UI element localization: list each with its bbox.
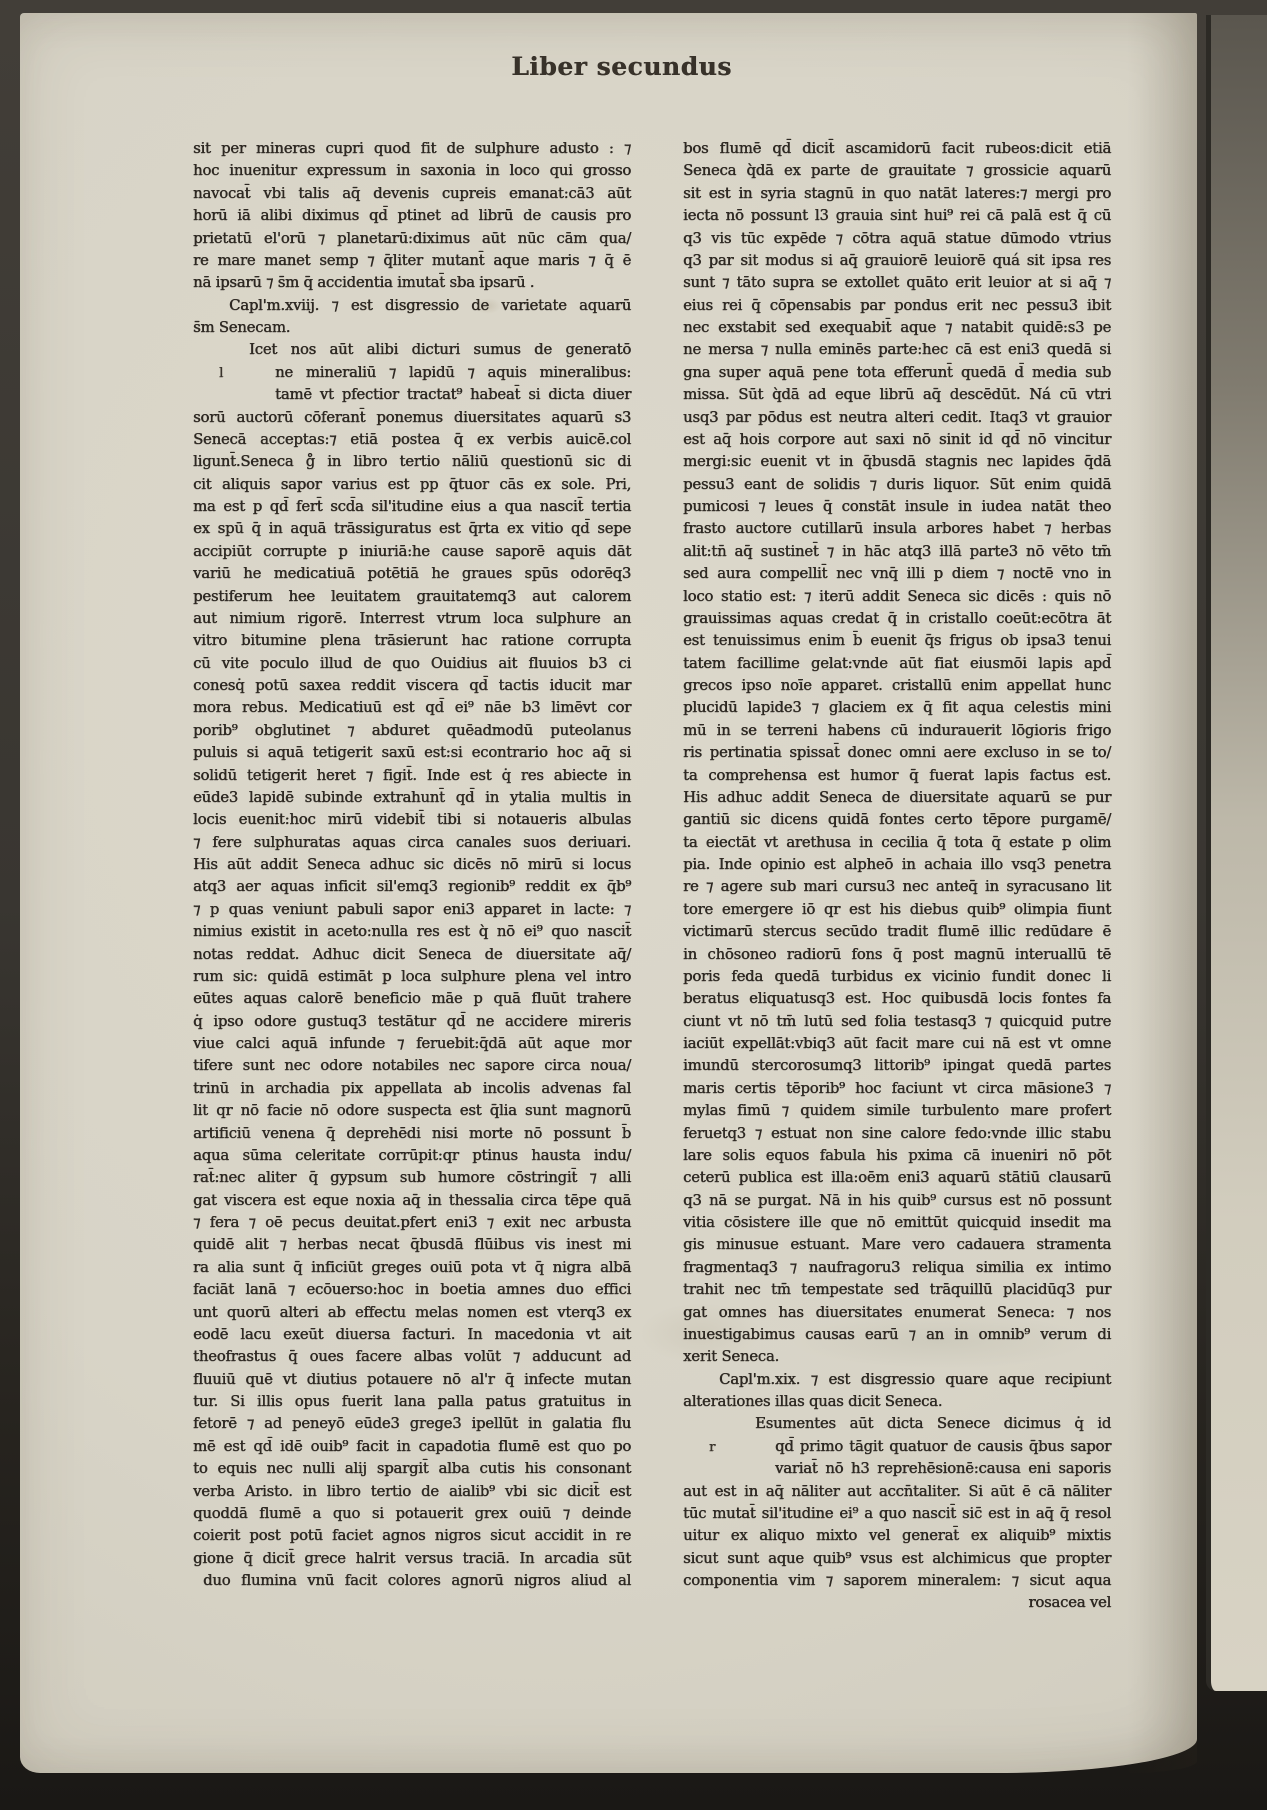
- line-text: quidē alit ⁊ herbas necat q̄busdā flūibu…: [193, 1236, 631, 1253]
- text-line: theofrastus q̄ oues facere albas volūt ⁊…: [193, 1346, 631, 1368]
- text-line: puluis si aquā tetigerit saxū est:si eco…: [193, 742, 631, 764]
- text-line: alterationes illas quas dicit Seneca.: [683, 1391, 1111, 1413]
- text-line: lit qr nō facie nō odore suspecta est q̄…: [193, 1100, 631, 1122]
- text-line: gis minusue estuant. Mare vero cadauera …: [683, 1234, 1111, 1256]
- text-line: grauissimas aquas credat q̄ in cristallo…: [683, 608, 1111, 630]
- text-line: ⁊ fera ⁊ oē pecus deuitat.pfert eni3 ⁊ e…: [193, 1212, 631, 1234]
- text-line: aqua sūma celeritate corrūpit:qr ptinus …: [193, 1145, 631, 1167]
- line-text: variū he medicatiuā potētiā he graues sp…: [193, 565, 631, 582]
- text-line: re mare manet semp ⁊ q̄liter mutant̄ aqu…: [193, 250, 631, 272]
- line-text: rosacea vel: [1028, 1594, 1111, 1611]
- text-line: tifere sunt nec odore notabiles nec sapo…: [193, 1055, 631, 1077]
- line-text: grauissimas aquas credat q̄ in cristallo…: [683, 610, 1111, 627]
- text-line: ma est p qd̄ fert̄ scd̄a sil'itudine eiu…: [193, 496, 631, 518]
- text-line: missa. Sūt q̀dā ad eque librū aq̄ descēd…: [683, 384, 1111, 406]
- line-text: ⁊ fere sulphuratas aquas circa canales s…: [193, 834, 631, 851]
- text-line: eūde3 lapidē subinde extrahunt̄ qd̄ in y…: [193, 787, 631, 809]
- line-text: poris feda quedā turbidus ex vicinio fun…: [683, 968, 1111, 985]
- line-text: tifere sunt nec odore notabiles nec sapo…: [193, 1057, 631, 1074]
- line-text: viue calci aquā infunde ⁊ feruebit:q̄dā …: [193, 1035, 631, 1052]
- text-column-left: sit per mineras cupri quod fit de sulphu…: [193, 138, 631, 1592]
- line-text: coierit post potū faciet agnos nigros si…: [193, 1527, 631, 1544]
- line-text: nā ipsarū ⁊ s̄m q̄ accidentia imutat̄ sb…: [193, 274, 534, 291]
- text-line: vitia cōsistere ille que nō emittūt quic…: [683, 1212, 1111, 1234]
- text-line: cū vite poculo illud de quo Ouidius ait …: [193, 653, 631, 675]
- line-text: verba Aristo. in libro tertio de aialib⁹…: [193, 1483, 631, 1500]
- text-line: lne mineraliū ⁊ lapidū ⁊ aquis mineralib…: [193, 362, 631, 384]
- text-line: sit est in syria stagnū in quo natāt lat…: [683, 183, 1111, 205]
- line-text: prietatū el'orū ⁊ planetarū:diximus aūt …: [193, 230, 631, 247]
- line-text: in chōsoneo radiorū fons q̄ post magnū i…: [683, 946, 1111, 963]
- line-text: solidū tetigerit heret ⁊ figit̄. Inde es…: [193, 767, 631, 784]
- line-text: nec exstabit sed exequabit̄ aque ⁊ natab…: [683, 319, 1111, 336]
- text-line: frasto auctore cutillarū insula arbores …: [683, 518, 1111, 540]
- text-line: unt quorū alteri ab effectu melas nomen …: [193, 1302, 631, 1324]
- text-line: inuestigabimus causas earū ⁊ an in omnib…: [683, 1324, 1111, 1346]
- line-text: plucidū lapide3 ⁊ glaciem ex q̄ fit aqua…: [683, 699, 1111, 716]
- text-line: feruetq3 ⁊ estuat non sine calore fedo:v…: [683, 1123, 1111, 1145]
- text-line: variat̄ nō h3 reprehēsionē:causa eni sap…: [683, 1458, 1111, 1480]
- line-text: fluuiū quē vt diutius potauere nō al'r q…: [193, 1371, 631, 1388]
- text-line: beratus eliquatusq3 est. Hoc quibusdā lo…: [683, 988, 1111, 1010]
- line-text: fragmentaq3 ⁊ naufragoru3 reliqua simili…: [683, 1259, 1111, 1276]
- text-line: ⁊ fere sulphuratas aquas circa canales s…: [193, 832, 631, 854]
- text-line: His adhuc addit Seneca de diuersitate aq…: [683, 787, 1111, 809]
- text-line: fragmentaq3 ⁊ naufragoru3 reliqua simili…: [683, 1257, 1111, 1279]
- text-line: rosacea vel: [683, 1592, 1111, 1614]
- text-line: ciunt vt nō tm̄ lutū sed folia testasq3 …: [683, 1011, 1111, 1033]
- line-text: Seneca q̀dā ex parte de grauitate ⁊ gros…: [683, 162, 1111, 179]
- line-text: est aq̄ hois corpore aut saxi nō sinit i…: [683, 431, 1111, 448]
- text-line: eius rei q̄ cōpensabis par pondus erit n…: [683, 295, 1111, 317]
- text-line: grecos ipso noīe apparet. cristallū enim…: [683, 675, 1111, 697]
- line-text: mylas fimū ⁊ quidem simile turbulento ma…: [683, 1102, 1111, 1119]
- text-line: sicut sunt aque quib⁹ vsus est alchimicu…: [683, 1548, 1111, 1570]
- line-text: hoc inuenitur expressum in saxonia in lo…: [193, 162, 631, 179]
- text-line: navocat̄ vbi talis aq̄ devenis cupreis e…: [193, 183, 631, 205]
- line-text: ta comprehensa est humor q̄ fuerat lapis…: [683, 767, 1111, 784]
- text-line: loco statio est: ⁊ iterū addit Seneca si…: [683, 586, 1111, 608]
- text-line: re ⁊ agere sub mari cursu3 nec anteq̄ in…: [683, 876, 1111, 898]
- line-text: alterationes illas quas dicit Seneca.: [683, 1393, 942, 1410]
- text-line: in chōsoneo radiorū fons q̄ post magnū i…: [683, 944, 1111, 966]
- text-line: s̄m Senecam.: [193, 317, 631, 339]
- line-text: ⁊ fera ⁊ oē pecus deuitat.pfert eni3 ⁊ e…: [193, 1214, 631, 1231]
- line-text: mē est qd̄ idē ouib⁹ facit in capadotia …: [193, 1438, 631, 1455]
- text-line: q3 nā se purgat. Nā in his quib⁹ cursus …: [683, 1190, 1111, 1212]
- line-text: iecta nō possunt l3 grauia sint hui⁹ rei…: [683, 207, 1111, 224]
- text-line: gna super aquā pene tota efferunt̄ quedā…: [683, 362, 1111, 384]
- line-text: frasto auctore cutillarū insula arbores …: [683, 520, 1111, 537]
- scan-background: Liber secundus sit per mineras cupri quo…: [0, 0, 1267, 1810]
- text-line: victimarū stercus secūdo tradit flumē il…: [683, 921, 1111, 943]
- text-line: est aq̄ hois corpore aut saxi nō sinit i…: [683, 429, 1111, 451]
- text-line: ⁊ p quas veniunt pabuli sapor eni3 appar…: [193, 899, 631, 921]
- line-text: re ⁊ agere sub mari cursu3 nec anteq̄ in…: [683, 878, 1111, 895]
- line-text: Capl'm.xix. ⁊ est disgressio quare aque …: [719, 1371, 1111, 1388]
- text-line: accipiūt corrupte p iniuriā:he cause sap…: [193, 541, 631, 563]
- line-text: ligunt̄.Seneca g̊ in libro tertio nāliū …: [193, 453, 631, 470]
- text-line: rum sic: quidā estimāt p loca sulphure p…: [193, 966, 631, 988]
- text-line: sed aura compellit̄ nec vnq̄ illi p diem…: [683, 563, 1111, 585]
- text-line: alit:tn̄ aq̄ sustinet̄ ⁊ in hāc atq3 ill…: [683, 541, 1111, 563]
- text-line: Seneca q̀dā ex parte de grauitate ⁊ gros…: [683, 160, 1111, 182]
- text-line: rqd̄ primo tāgit quatuor de causis q̄bus…: [683, 1436, 1111, 1458]
- text-line: quidē alit ⁊ herbas necat q̄busdā flūibu…: [193, 1234, 631, 1256]
- line-text: quoddā flumē a quo si potauerit grex oui…: [193, 1505, 631, 1522]
- line-text: pia. Inde opinio est alpheō in achaia il…: [683, 856, 1111, 873]
- line-text: trahit nec tm̄ tempestate sed trāquillū …: [683, 1281, 1111, 1298]
- text-line: aut nimium rigorē. Interrest vtrum loca …: [193, 608, 631, 630]
- line-text: His aūt addit Seneca adhuc sic dicēs nō …: [193, 856, 631, 873]
- line-text: mergi:sic euenit vt in q̄busdā stagnis n…: [683, 453, 1111, 470]
- line-text: iaciūt expellāt:vbiq3 aūt facit mare cui…: [683, 1035, 1111, 1052]
- line-text: q3 vis tūc expēde ⁊ cōtra aquā statue dū…: [683, 230, 1111, 247]
- line-text: porib⁹ obglutinet ⁊ abduret quēadmodū pu…: [193, 722, 631, 739]
- line-text: notas reddat. Adhuc dicit Seneca de diue…: [193, 946, 631, 963]
- text-line: hoc inuenitur expressum in saxonia in lo…: [193, 160, 631, 182]
- text-line: eūtes aquas calorē beneficio māe p quā f…: [193, 988, 631, 1010]
- text-line: mergi:sic euenit vt in q̄busdā stagnis n…: [683, 451, 1111, 473]
- text-line: tūc mutat̄ sil'itudine ei⁹ a quo nascit̄…: [683, 1503, 1111, 1525]
- text-line: Esumentes aūt dicta Senece dicimus q̇ id: [683, 1413, 1111, 1435]
- line-text: qd̄ primo tāgit quatuor de causis q̄bus …: [775, 1438, 1111, 1455]
- text-line: solidū tetigerit heret ⁊ figit̄. Inde es…: [193, 765, 631, 787]
- text-line: gat viscera est eque noxia aq̄ in thessa…: [193, 1190, 631, 1212]
- guide-letter: r: [709, 1437, 715, 1459]
- line-text: unt quorū alteri ab effectu melas nomen …: [193, 1304, 631, 1321]
- line-text: sed aura compellit̄ nec vnq̄ illi p diem…: [683, 565, 1111, 582]
- text-line: iecta nō possunt l3 grauia sint hui⁹ rei…: [683, 205, 1111, 227]
- line-text: nimius existit in aceto:nulla res est q̀…: [193, 923, 631, 940]
- text-line: conesq̇ potū saxea reddit viscera qd̄ ta…: [193, 675, 631, 697]
- line-text: pessu3 eant de solidis ⁊ duris liquor. S…: [683, 476, 1111, 493]
- text-line: tatem facillime gelat:vnde aūt fiat eius…: [683, 653, 1111, 675]
- line-text: re mare manet semp ⁊ q̄liter mutant̄ aqu…: [193, 252, 631, 269]
- line-text: aut nimium rigorē. Interrest vtrum loca …: [193, 610, 631, 627]
- line-text: locis euenit:hoc mirū videbit̄ tibi si n…: [193, 811, 631, 828]
- line-text: sunt ⁊ tāto supra se extollet quāto erit…: [683, 274, 1111, 291]
- text-line: His aūt addit Seneca adhuc sic dicēs nō …: [193, 854, 631, 876]
- line-text: Capl'm.xviij. ⁊ est disgressio de variet…: [229, 297, 631, 314]
- text-line: ne mersa ⁊ nulla eminēs parte:hec cā est…: [683, 339, 1111, 361]
- line-text: xerit Seneca.: [683, 1348, 779, 1365]
- text-line: nec exstabit sed exequabit̄ aque ⁊ natab…: [683, 317, 1111, 339]
- text-line: trahit nec tm̄ tempestate sed trāquillū …: [683, 1279, 1111, 1301]
- text-line: tamē vt pfectior tractat⁹ habeat̄ si dic…: [193, 384, 631, 406]
- text-line: aut est in aq̄ nāliter aut accn̄taliter.…: [683, 1481, 1111, 1503]
- line-text: lit qr nō facie nō odore suspecta est q̄…: [193, 1102, 631, 1119]
- text-line: vitro bitumine plena trāsierunt hac rati…: [193, 630, 631, 652]
- text-line: ceterū publica est illa:oēm eni3 aquarū …: [683, 1167, 1111, 1189]
- text-line: ta eiectāt vt arethusa in cecilia q̄ tot…: [683, 832, 1111, 854]
- text-line: viue calci aquā infunde ⁊ feruebit:q̄dā …: [193, 1033, 631, 1055]
- adjacent-page-edge: [1206, 15, 1267, 1691]
- text-line: plucidū lapide3 ⁊ glaciem ex q̄ fit aqua…: [683, 697, 1111, 719]
- text-line: Senecā acceptas:⁊ etiā postea q̄ ex verb…: [193, 429, 631, 451]
- line-text: ne mersa ⁊ nulla eminēs parte:hec cā est…: [683, 341, 1111, 358]
- text-line: gat omnes has diuersitates enumerat Sene…: [683, 1302, 1111, 1324]
- line-text: puluis si aquā tetigerit saxū est:si eco…: [193, 744, 631, 761]
- text-line: mū in se terreni habens cū indurauerit l…: [683, 720, 1111, 742]
- line-text: aut est in aq̄ nāliter aut accn̄taliter.…: [683, 1483, 1111, 1500]
- text-line: horū iā alibi diximus qd̄ ptinet ad libr…: [193, 205, 631, 227]
- line-text: ciunt vt nō tm̄ lutū sed folia testasq3 …: [683, 1013, 1111, 1030]
- line-text: loco statio est: ⁊ iterū addit Seneca si…: [683, 588, 1111, 605]
- text-line: rat̄:nec aliter q̄ gypsum sub humore cōs…: [193, 1167, 631, 1189]
- line-text: s̄m Senecam.: [193, 319, 290, 336]
- line-text: feruetq3 ⁊ estuat non sine calore fedo:v…: [683, 1125, 1111, 1142]
- text-line: Icet nos aūt alibi dicturi sumus de gene…: [193, 339, 631, 361]
- line-text: Icet nos aūt alibi dicturi sumus de gene…: [249, 341, 631, 358]
- line-text: ta eiectāt vt arethusa in cecilia q̄ tot…: [683, 834, 1111, 851]
- line-text: artificiū venena q̄ deprehēdi nisi morte…: [193, 1125, 631, 1142]
- line-text: uitur ex aliquo mixto vel generat̄ ex al…: [683, 1527, 1111, 1544]
- line-text: fetorē ⁊ ad peneyō eūde3 grege3 ipellūt …: [193, 1415, 631, 1432]
- line-text: aqua sūma celeritate corrūpit:qr ptinus …: [193, 1147, 631, 1164]
- line-text: vitro bitumine plena trāsierunt hac rati…: [193, 632, 631, 649]
- text-line: gantiū sic dicens quidā fontes certo tēp…: [683, 809, 1111, 831]
- line-text: rat̄:nec aliter q̄ gypsum sub humore cōs…: [193, 1169, 631, 1186]
- text-line: porib⁹ obglutinet ⁊ abduret quēadmodū pu…: [193, 720, 631, 742]
- line-text: maris certis tēporib⁹ hoc faciunt vt cir…: [683, 1080, 1111, 1097]
- line-text: q3 par sit modus si aq̄ grauiorē leuiorē…: [683, 252, 1111, 269]
- text-line: xerit Seneca.: [683, 1346, 1111, 1368]
- line-text: beratus eliquatusq3 est. Hoc quibusdā lo…: [683, 990, 1111, 1007]
- text-line: fetorē ⁊ ad peneyō eūde3 grege3 ipellūt …: [193, 1413, 631, 1435]
- line-text: q3 nā se purgat. Nā in his quib⁹ cursus …: [683, 1192, 1111, 1209]
- line-text: est tenuissimus enim b̄ euenit q̄s frigu…: [683, 632, 1111, 649]
- text-line: Capl'm.xix. ⁊ est disgressio quare aque …: [683, 1369, 1111, 1391]
- line-text: horū iā alibi diximus qd̄ ptinet ad libr…: [193, 207, 631, 224]
- text-line: prietatū el'orū ⁊ planetarū:diximus aūt …: [193, 228, 631, 250]
- line-text: gat viscera est eque noxia aq̄ in thessa…: [193, 1192, 631, 1209]
- line-text: imundū stercorosumq3 littorib⁹ ipingat q…: [683, 1057, 1111, 1074]
- text-line: ligunt̄.Seneca g̊ in libro tertio nāliū …: [193, 451, 631, 473]
- text-line: Capl'm.xviij. ⁊ est disgressio de variet…: [193, 295, 631, 317]
- line-text: victimarū stercus secūdo tradit flumē il…: [683, 923, 1111, 940]
- running-title: Liber secundus: [33, 52, 1210, 81]
- text-line: pumicosi ⁊ leues q̄ constāt insule in iu…: [683, 496, 1111, 518]
- text-line: uitur ex aliquo mixto vel generat̄ ex al…: [683, 1525, 1111, 1547]
- line-text: ra alia sunt q̄ inficiūt greges ouiū pot…: [193, 1259, 631, 1276]
- line-text: His adhuc addit Seneca de diuersitate aq…: [683, 789, 1111, 806]
- line-text: missa. Sūt q̀dā ad eque librū aq̄ descēd…: [683, 386, 1111, 403]
- line-text: trinū in archadia pix appellata ab incol…: [193, 1080, 631, 1097]
- text-line: pia. Inde opinio est alpheō in achaia il…: [683, 854, 1111, 876]
- line-text: tatem facillime gelat:vnde aūt fiat eius…: [683, 655, 1111, 672]
- line-text: ceterū publica est illa:oēm eni3 aquarū …: [683, 1169, 1111, 1186]
- line-text: eius rei q̄ cōpensabis par pondus erit n…: [683, 297, 1111, 314]
- text-line: q3 vis tūc expēde ⁊ cōtra aquā statue dū…: [683, 228, 1111, 250]
- line-text: accipiūt corrupte p iniuriā:he cause sap…: [193, 543, 631, 560]
- line-text: pestiferum hee leuitatem grauitatemq3 au…: [193, 588, 631, 605]
- line-text: tamē vt pfectior tractat⁹ habeat̄ si dic…: [275, 386, 631, 403]
- text-line: pessu3 eant de solidis ⁊ duris liquor. S…: [683, 474, 1111, 496]
- line-text: faciāt lanā ⁊ ecōuerso:hoc in boetia amn…: [193, 1281, 631, 1298]
- line-text: eodē lacu exeūt diuersa facturi. In mace…: [193, 1326, 631, 1343]
- text-line: nimius existit in aceto:nulla res est q̀…: [193, 921, 631, 943]
- text-line: eodē lacu exeūt diuersa facturi. In mace…: [193, 1324, 631, 1346]
- line-text: gat omnes has diuersitates enumerat Sene…: [683, 1304, 1111, 1321]
- line-text: rum sic: quidā estimāt p loca sulphure p…: [193, 968, 631, 985]
- line-text: pumicosi ⁊ leues q̄ constāt insule in iu…: [683, 498, 1111, 515]
- line-text: eūtes aquas calorē beneficio māe p quā f…: [193, 990, 631, 1007]
- line-text: navocat̄ vbi talis aq̄ devenis cupreis e…: [193, 185, 631, 202]
- text-column-right: bos flumē qd̄ dicit̄ ascamidorū facit ru…: [683, 138, 1111, 1615]
- guide-letter: l: [219, 363, 223, 385]
- text-line: ta comprehensa est humor q̄ fuerat lapis…: [683, 765, 1111, 787]
- text-line: poris feda quedā turbidus ex vicinio fun…: [683, 966, 1111, 988]
- line-text: vitia cōsistere ille que nō emittūt quic…: [683, 1214, 1111, 1231]
- text-line: nā ipsarū ⁊ s̄m q̄ accidentia imutat̄ sb…: [193, 272, 631, 294]
- line-text: ex spū q̄ in aquā trāssiguratus est q̄rt…: [193, 520, 631, 537]
- line-text: ⁊ p quas veniunt pabuli sapor eni3 appar…: [193, 901, 631, 918]
- text-line: duo flumina vnū facit colores agnorū nig…: [193, 1570, 631, 1592]
- text-line: mylas fimū ⁊ quidem simile turbulento ma…: [683, 1100, 1111, 1122]
- text-line: trinū in archadia pix appellata ab incol…: [193, 1078, 631, 1100]
- line-text: grecos ipso noīe apparet. cristallū enim…: [683, 677, 1111, 694]
- text-line: est tenuissimus enim b̄ euenit q̄s frigu…: [683, 630, 1111, 652]
- line-text: cū vite poculo illud de quo Ouidius ait …: [193, 655, 631, 672]
- text-line: verba Aristo. in libro tertio de aialib⁹…: [193, 1481, 631, 1503]
- line-text: sit per mineras cupri quod fit de sulphu…: [193, 140, 631, 157]
- line-text: componentia vim ⁊ saporem mineralem: ⁊ s…: [683, 1572, 1111, 1589]
- text-line: cit aliquis sapor varius est pp q̄tuor c…: [193, 474, 631, 496]
- text-line: lare solis equos fabula his pxima cā inu…: [683, 1145, 1111, 1167]
- text-line: ris pertinatia spissat̄ donec omni aere …: [683, 742, 1111, 764]
- text-line: pestiferum hee leuitatem grauitatemq3 au…: [193, 586, 631, 608]
- text-line: fluuiū quē vt diutius potauere nō al'r q…: [193, 1369, 631, 1391]
- line-text: to equis nec nulli alij spargit̄ alba cu…: [193, 1460, 631, 1477]
- line-text: sicut sunt aque quib⁹ vsus est alchimicu…: [683, 1550, 1111, 1567]
- line-text: ma est p qd̄ fert̄ scd̄a sil'itudine eiu…: [193, 498, 631, 515]
- line-text: Esumentes aūt dicta Senece dicimus q̇ id: [755, 1415, 1111, 1432]
- line-text: variat̄ nō h3 reprehēsionē:causa eni sap…: [775, 1460, 1111, 1477]
- line-text: tur. Si illis opus fuerit lana palla pat…: [193, 1393, 631, 1410]
- text-line: q3 par sit modus si aq̄ grauiorē leuiorē…: [683, 250, 1111, 272]
- line-text: sorū auctorū cōferant̄ ponemus diuersita…: [193, 409, 631, 426]
- line-text: gione q̄ dicit̄ grece halrit versus trac…: [193, 1550, 631, 1567]
- text-line: artificiū venena q̄ deprehēdi nisi morte…: [193, 1123, 631, 1145]
- text-line: ex spū q̄ in aquā trāssiguratus est q̄rt…: [193, 518, 631, 540]
- text-line: tore emergere iō qr est his diebus quib⁹…: [683, 899, 1111, 921]
- text-line: quoddā flumē a quo si potauerit grex oui…: [193, 1503, 631, 1525]
- line-text: ne mineraliū ⁊ lapidū ⁊ aquis mineralibu…: [275, 364, 631, 381]
- gutter-shadow: [1127, 13, 1197, 1773]
- text-line: maris certis tēporib⁹ hoc faciunt vt cir…: [683, 1078, 1111, 1100]
- text-line: sorū auctorū cōferant̄ ponemus diuersita…: [193, 407, 631, 429]
- line-text: gis minusue estuant. Mare vero cadauera …: [683, 1236, 1111, 1253]
- text-line: iaciūt expellāt:vbiq3 aūt facit mare cui…: [683, 1033, 1111, 1055]
- text-line: sit per mineras cupri quod fit de sulphu…: [193, 138, 631, 160]
- text-line: bos flumē qd̄ dicit̄ ascamidorū facit ru…: [683, 138, 1111, 160]
- line-text: ris pertinatia spissat̄ donec omni aere …: [683, 744, 1111, 761]
- line-text: gantiū sic dicens quidā fontes certo tēp…: [683, 811, 1111, 828]
- line-text: eūde3 lapidē subinde extrahunt̄ qd̄ in y…: [193, 789, 631, 806]
- text-line: atq3 aer aquas inficit sil'emq3 regionib…: [193, 876, 631, 898]
- line-text: lare solis equos fabula his pxima cā inu…: [683, 1147, 1111, 1164]
- text-line: q̇ ipso odore gustuq3 testātur qd̄ ne ac…: [193, 1011, 631, 1033]
- line-text: sit est in syria stagnū in quo natāt lat…: [683, 185, 1111, 202]
- line-text: atq3 aer aquas inficit sil'emq3 regionib…: [193, 878, 631, 895]
- text-line: variū he medicatiuā potētiā he graues sp…: [193, 563, 631, 585]
- text-line: to equis nec nulli alij spargit̄ alba cu…: [193, 1458, 631, 1480]
- line-text: mora rebus. Medicatiuū est qd̄ ei⁹ nāe b…: [193, 699, 631, 716]
- line-text: tūc mutat̄ sil'itudine ei⁹ a quo nascit̄…: [683, 1505, 1111, 1522]
- line-text: mū in se terreni habens cū indurauerit l…: [683, 722, 1111, 739]
- text-line: gione q̄ dicit̄ grece halrit versus trac…: [193, 1548, 631, 1570]
- line-text: conesq̇ potū saxea reddit viscera qd̄ ta…: [193, 677, 631, 694]
- line-text: theofrastus q̄ oues facere albas volūt ⁊…: [193, 1348, 631, 1365]
- line-text: usq3 par pōdus est neutra alteri cedit. …: [683, 409, 1111, 426]
- line-text: q̇ ipso odore gustuq3 testātur qd̄ ne ac…: [193, 1013, 631, 1030]
- line-text: inuestigabimus causas earū ⁊ an in omnib…: [683, 1326, 1111, 1343]
- text-line: faciāt lanā ⁊ ecōuerso:hoc in boetia amn…: [193, 1279, 631, 1301]
- text-line: imundū stercorosumq3 littorib⁹ ipingat q…: [683, 1055, 1111, 1077]
- line-text: alit:tn̄ aq̄ sustinet̄ ⁊ in hāc atq3 ill…: [683, 543, 1111, 560]
- text-line: mē est qd̄ idē ouib⁹ facit in capadotia …: [193, 1436, 631, 1458]
- line-text: gna super aquā pene tota efferunt̄ quedā…: [683, 364, 1111, 381]
- line-text: cit aliquis sapor varius est pp q̄tuor c…: [193, 476, 631, 493]
- text-line: usq3 par pōdus est neutra alteri cedit. …: [683, 407, 1111, 429]
- line-text: Senecā acceptas:⁊ etiā postea q̄ ex verb…: [193, 431, 631, 448]
- line-text: duo flumina vnū facit colores agnorū nig…: [203, 1572, 631, 1589]
- text-line: coierit post potū faciet agnos nigros si…: [193, 1525, 631, 1547]
- text-line: sunt ⁊ tāto supra se extollet quāto erit…: [683, 272, 1111, 294]
- text-line: notas reddat. Adhuc dicit Seneca de diue…: [193, 944, 631, 966]
- text-line: mora rebus. Medicatiuū est qd̄ ei⁹ nāe b…: [193, 697, 631, 719]
- text-line: tur. Si illis opus fuerit lana palla pat…: [193, 1391, 631, 1413]
- line-text: bos flumē qd̄ dicit̄ ascamidorū facit ru…: [683, 140, 1111, 157]
- text-line: componentia vim ⁊ saporem mineralem: ⁊ s…: [683, 1570, 1111, 1592]
- text-line: ra alia sunt q̄ inficiūt greges ouiū pot…: [193, 1257, 631, 1279]
- text-line: locis euenit:hoc mirū videbit̄ tibi si n…: [193, 809, 631, 831]
- line-text: tore emergere iō qr est his diebus quib⁹…: [683, 901, 1111, 918]
